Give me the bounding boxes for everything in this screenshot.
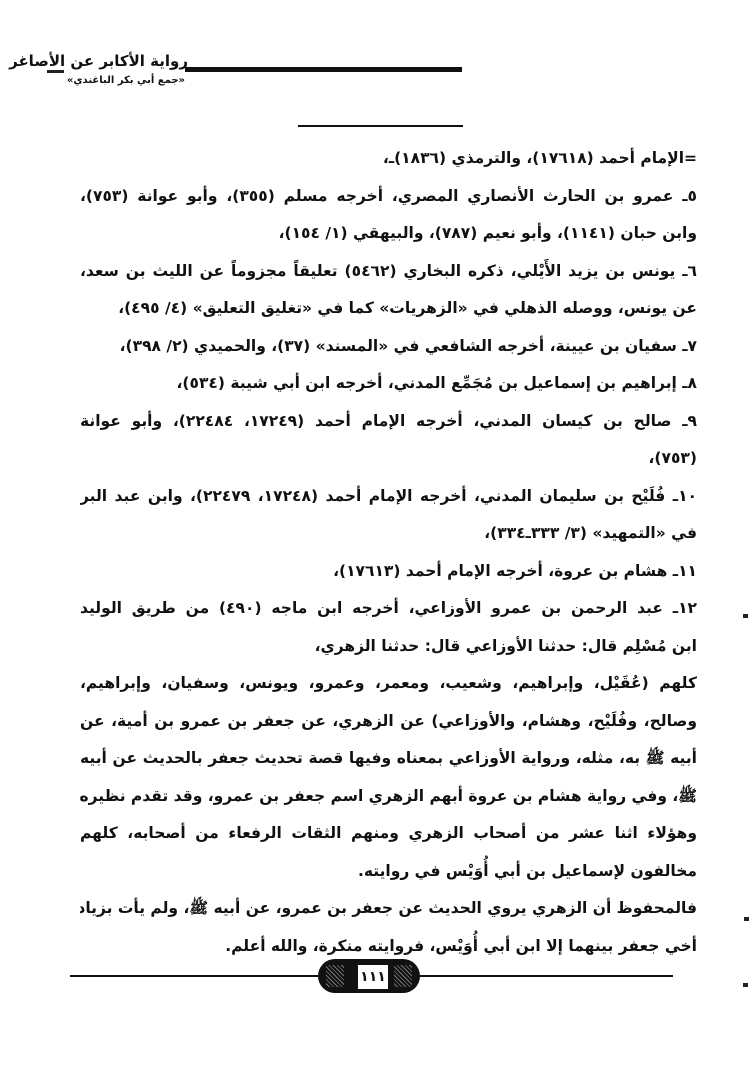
page-number: ١١١ [356, 963, 390, 991]
header-rule-short [47, 70, 64, 73]
text-line: مخالفون لإسماعيل بن أبي أُوَيْس في روايت… [80, 853, 697, 891]
text-line: فالمحفوظ أن الزهري يروي الحديث عن جعفر ب… [80, 890, 697, 928]
text-line: عن يونس، ووصله الذهلي في «الزهريات» كما … [80, 290, 697, 328]
text-line: ٧ـ سفيان بن عيينة، أخرجه الشافعي في «الم… [80, 328, 697, 366]
book-subtitle: «جمع أبي بكر الباغندي» [70, 75, 185, 87]
text-line: أبيه ﷺ به، مثله، ورواية الأوزاعي بمعناه … [80, 740, 697, 778]
text-line: =الإمام أحمد (١٧٦١٨)، والترمذي (١٨٣٦)ـ، [80, 140, 697, 178]
text-line: في «التمهيد» (٣/ ٣٣٣ـ٣٣٤)، [80, 515, 697, 553]
header-rule [185, 67, 462, 72]
scan-artifact [743, 983, 748, 987]
page-body: =الإمام أحمد (١٧٦١٨)، والترمذي (١٨٣٦)ـ، … [80, 140, 697, 965]
text-line: وصالح، وفُلَيْح، وهشام، والأوزاعي) عن ال… [80, 703, 697, 741]
text-line: ٥ـ عمرو بن الحارث الأنصاري المصري، أخرجه… [80, 178, 697, 216]
text-line: ٩ـ صالح بن كيسان المدني، أخرجه الإمام أح… [80, 403, 697, 441]
text-line: وهؤلاء اثنا عشر من أصحاب الزهري ومنهم ال… [80, 815, 697, 853]
text-line: ١٠ـ فُلَيْح بن سليمان المدني، أخرجه الإم… [80, 478, 697, 516]
text-line: ١٢ـ عبد الرحمن بن عمرو الأوزاعي، أخرجه ا… [80, 590, 697, 628]
text-line: ٦ـ يونس بن يزيد الأَيْلي، ذكره البخاري (… [80, 253, 697, 291]
footnote-separator [298, 125, 463, 127]
book-title: رواية الأكابر عن الأصاغر [66, 52, 188, 70]
text-line: ١١ـ هشام بن عروة، أخرجه الإمام أحمد (١٧٦… [80, 553, 697, 591]
scan-artifact [744, 917, 749, 921]
page-header: رواية الأكابر عن الأصاغر «جمع أبي بكر ال… [0, 0, 754, 110]
footer-rule-right [418, 975, 673, 977]
text-line: كلهم (عُقَيْل، وإبراهيم، وشعيب، ومعمر، و… [80, 665, 697, 703]
text-line: وابن حبان (١١٤١)، وأبو نعيم (٧٨٧)، والبي… [80, 215, 697, 253]
text-line: (٧٥٣)، [80, 440, 697, 478]
text-line: ﷺ، وفي رواية هشام بن عروة أبهم الزهري اس… [80, 778, 697, 816]
scan-artifact [743, 614, 748, 618]
text-line: ابن مُسْلِم قال: حدثنا الأوزاعي قال: حدث… [80, 628, 697, 666]
footer-rule-left [70, 975, 320, 977]
page-footer: ١١١ [0, 955, 754, 1005]
text-line: ٨ـ إبراهيم بن إسماعيل بن مُجَمِّع المدني… [80, 365, 697, 403]
